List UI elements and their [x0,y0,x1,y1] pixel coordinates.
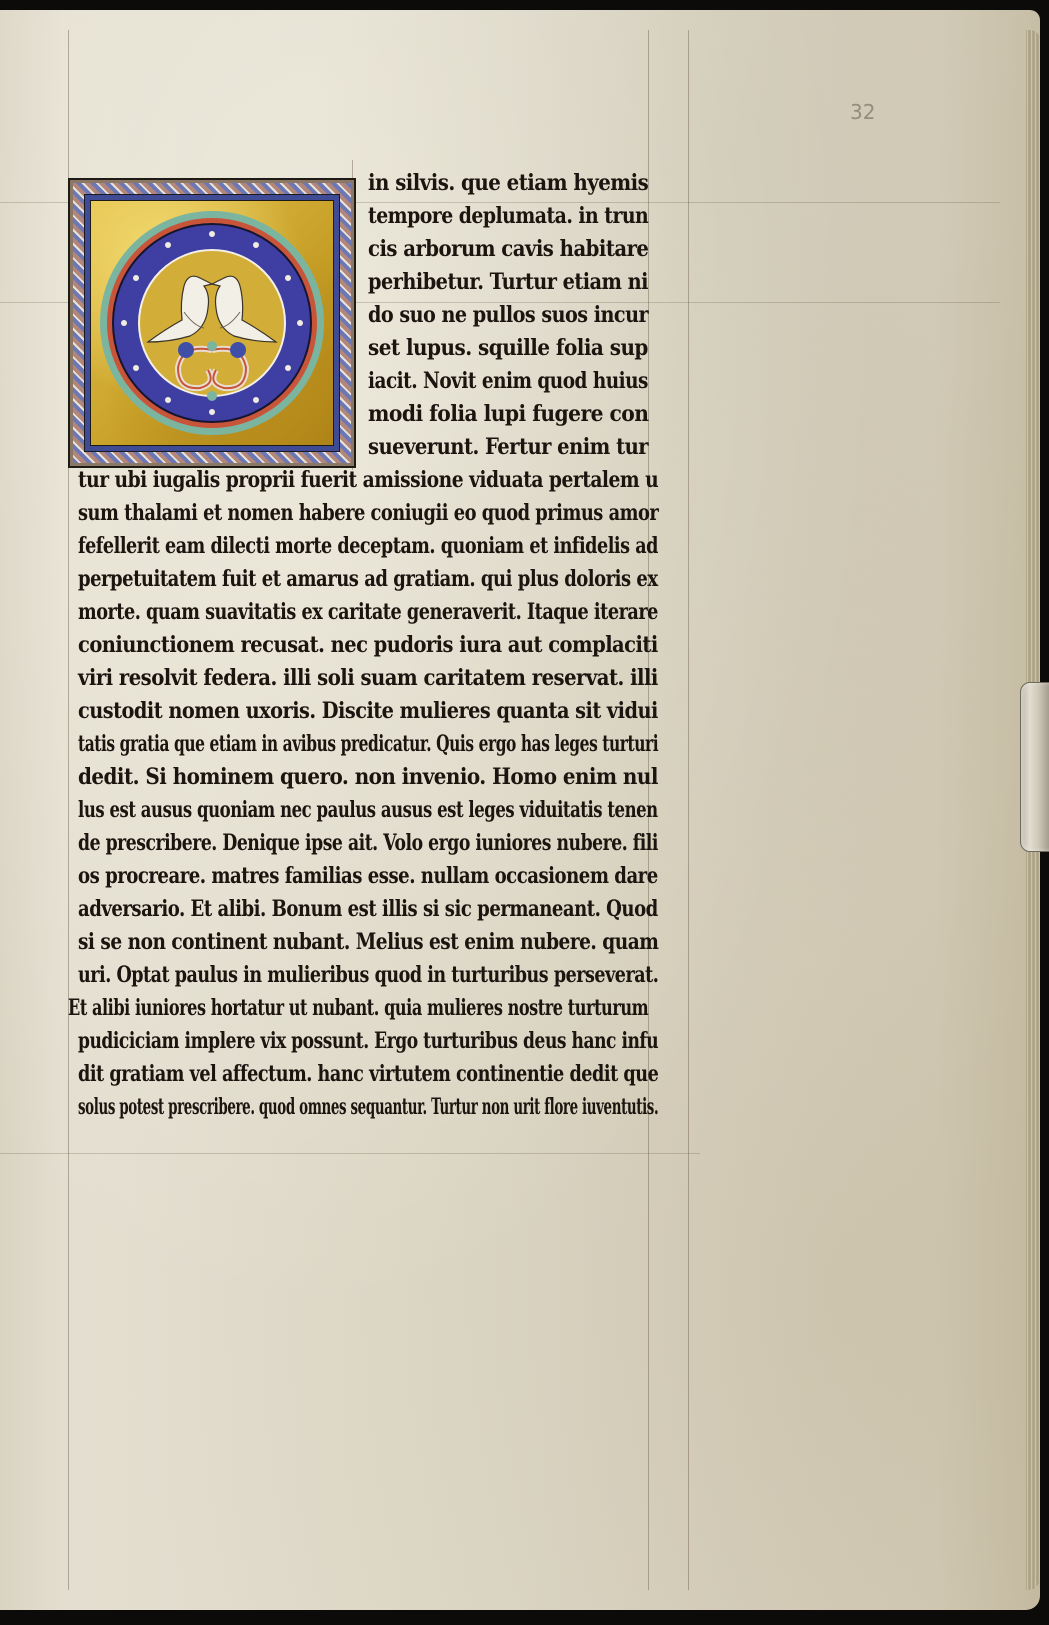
text-line: cis arborum cavis habitare [368,233,648,265]
text-line: do suo ne pullos suos incur [368,299,648,331]
text-line: fefellerit eam dilecti morte deceptam. q… [78,530,658,562]
turtledoves-roundel-icon [90,200,334,446]
text-line: modi folia lupi fugere con [368,398,648,430]
text-line: uri. Optat paulus in mulieribus quod in … [78,959,658,991]
text-line: perpetuitatem fuit et amarus ad gratiam.… [78,563,658,595]
text-line: perhibetur. Turtur etiam ni [368,266,648,298]
text-line: Et alibi iuniores hortatur ut nubant. qu… [68,992,648,1024]
text-line: tempore deplumata. in trun [368,200,648,232]
text-line: dedit. Si hominem quero. non invenio. Ho… [78,761,658,793]
text-line: si se non continent nubant. Melius est e… [78,926,658,958]
text-line: pudiciciam implere vix possunt. Ergo tur… [78,1025,658,1057]
text-line: dit gratiam vel affectum. hanc virtutem … [78,1058,658,1090]
text-line: adversario. Et alibi. Bonum est illis si… [78,893,658,925]
text-line: solus potest prescribere. quod omnes seq… [78,1091,658,1123]
text-line: os procreare. matres familias esse. null… [78,860,658,892]
text-line: iacit. Novit enim quod huius [368,365,648,397]
text-line: coniunctionem recusat. nec pudoris iura … [78,629,658,661]
text-line: custodit nomen uxoris. Discite mulieres … [78,695,658,727]
text-line: de prescribere. Denique ipse ait. Volo e… [78,827,658,859]
book-clasp [1020,682,1049,852]
text-line: lus est ausus quoniam nec paulus ausus e… [78,794,658,826]
folio-number: 32 [850,100,875,124]
text-line: tatis gratia que etiam in avibus predica… [78,728,658,760]
text-line: set lupus. squille folia sup [368,332,648,364]
ruling-line [0,1153,700,1154]
text-line: sueverunt. Fertur enim tur [368,431,648,463]
manuscript-page: 32 [0,10,1040,1610]
ruling-line [688,30,689,1590]
text-line: tur ubi iugalis proprii fuerit amissione… [78,464,658,496]
illuminated-initial [68,178,356,468]
text-line: in silvis. que etiam hyemis [368,167,648,199]
text-line: morte. quam suavitatis ex caritate gener… [78,596,658,628]
text-line: sum thalami et nomen habere coniugii eo … [78,497,658,529]
text-line: viri resolvit federa. illi soli suam car… [78,662,658,694]
